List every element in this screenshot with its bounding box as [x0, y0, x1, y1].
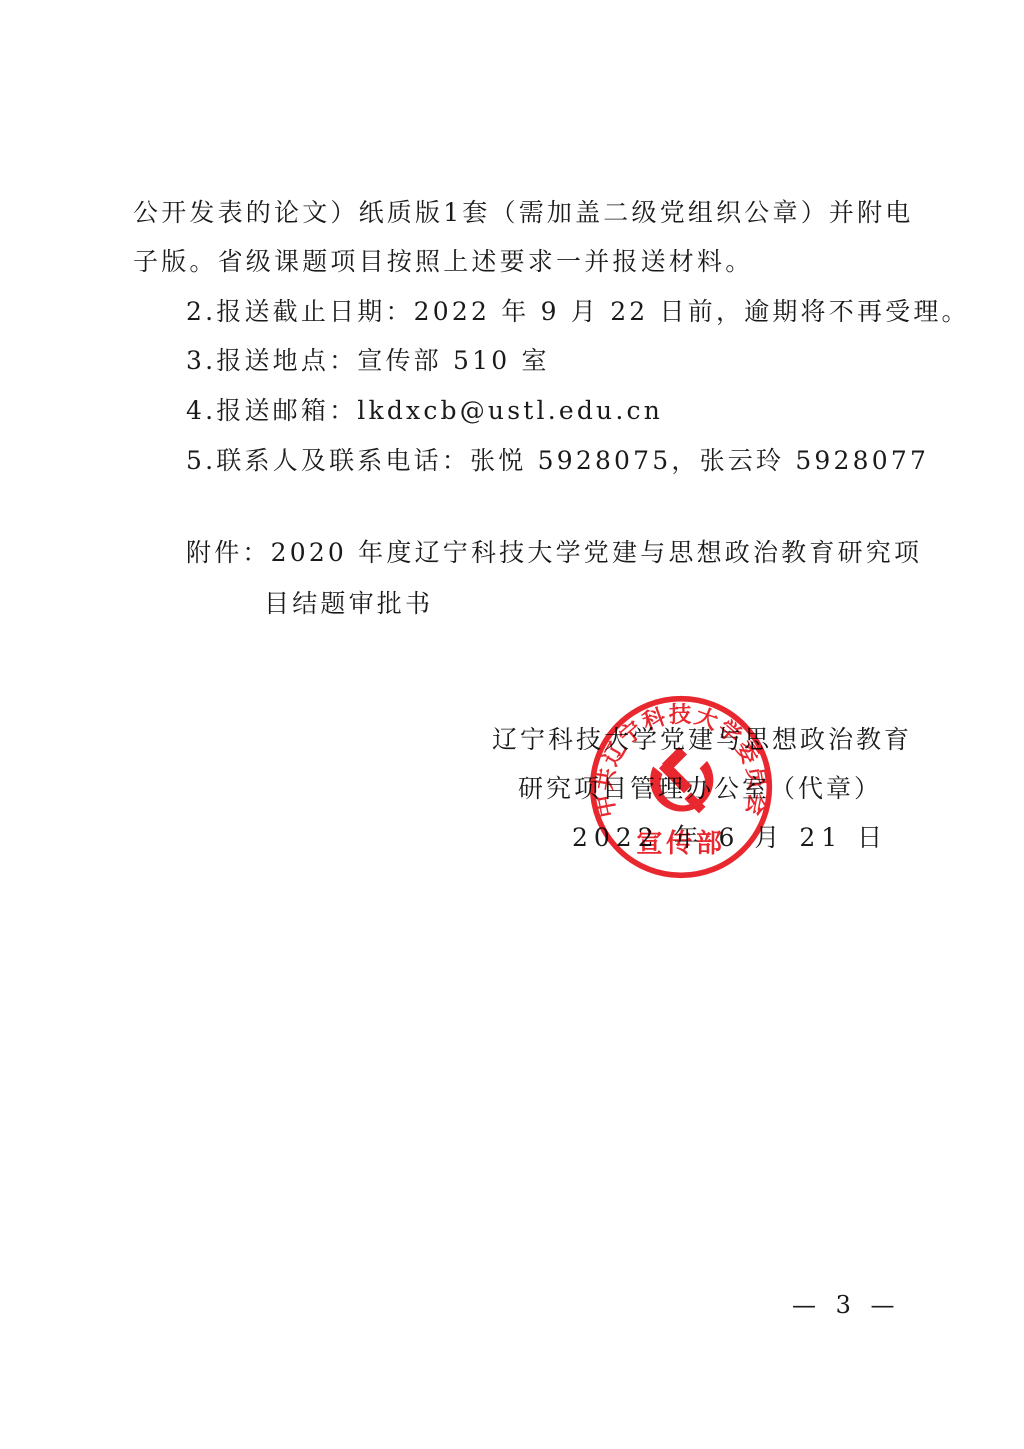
item-number: 5.	[186, 446, 216, 475]
deadline-value: 2022 年 9 月 22 日前，逾期将不再受理。	[414, 297, 970, 326]
body-paragraph-line-2: 子版。省级课题项目按照上述要求一并报送材料。	[133, 247, 753, 277]
item-label: 报送地点：	[216, 346, 357, 375]
page-number: — 3 —	[792, 1291, 901, 1319]
contacts-value: 张悦 5928075，张云玲 5928077	[470, 446, 929, 475]
item-number: 3.	[186, 346, 216, 375]
hammer-and-sickle-icon	[650, 747, 713, 814]
svg-text:中共辽宁科技大学委员会: 中共辽宁科技大学委员会	[591, 702, 771, 820]
stamp-ring-text: 中共辽宁科技大学委员会	[591, 702, 771, 820]
item-number: 2.	[186, 297, 216, 326]
item-label: 联系人及联系电话：	[216, 446, 470, 475]
item-number: 4.	[186, 396, 216, 425]
attachment-label: 附件：	[186, 538, 271, 567]
stamp-bottom-text: 宣传部	[636, 828, 725, 859]
attachment-line-2: 目结题审批书	[264, 589, 433, 619]
item-label: 报送邮箱：	[216, 396, 357, 425]
item-email: 4.报送邮箱：lkdxcb@ustl.edu.cn	[186, 396, 663, 426]
email-link[interactable]: lkdxcb@ustl.edu.cn	[357, 396, 663, 425]
official-seal-stamp: 中共辽宁科技大学委员会 宣传部	[588, 694, 774, 880]
item-label: 报送截止日期：	[216, 297, 413, 326]
item-location: 3.报送地点：宣传部 510 室	[186, 346, 550, 376]
attachment-line-1: 附件：2020 年度辽宁科技大学党建与思想政治教育研究项	[186, 538, 922, 568]
body-paragraph-line-1: 公开发表的论文）纸质版1套（需加盖二级党组织公章）并附电	[133, 198, 914, 228]
location-value: 宣传部 510 室	[357, 346, 549, 375]
attachment-title: 2020 年度辽宁科技大学党建与思想政治教育研究项	[271, 538, 923, 567]
item-deadline: 2.报送截止日期：2022 年 9 月 22 日前，逾期将不再受理。	[186, 297, 970, 327]
item-contacts: 5.联系人及联系电话：张悦 5928075，张云玲 5928077	[186, 446, 929, 476]
